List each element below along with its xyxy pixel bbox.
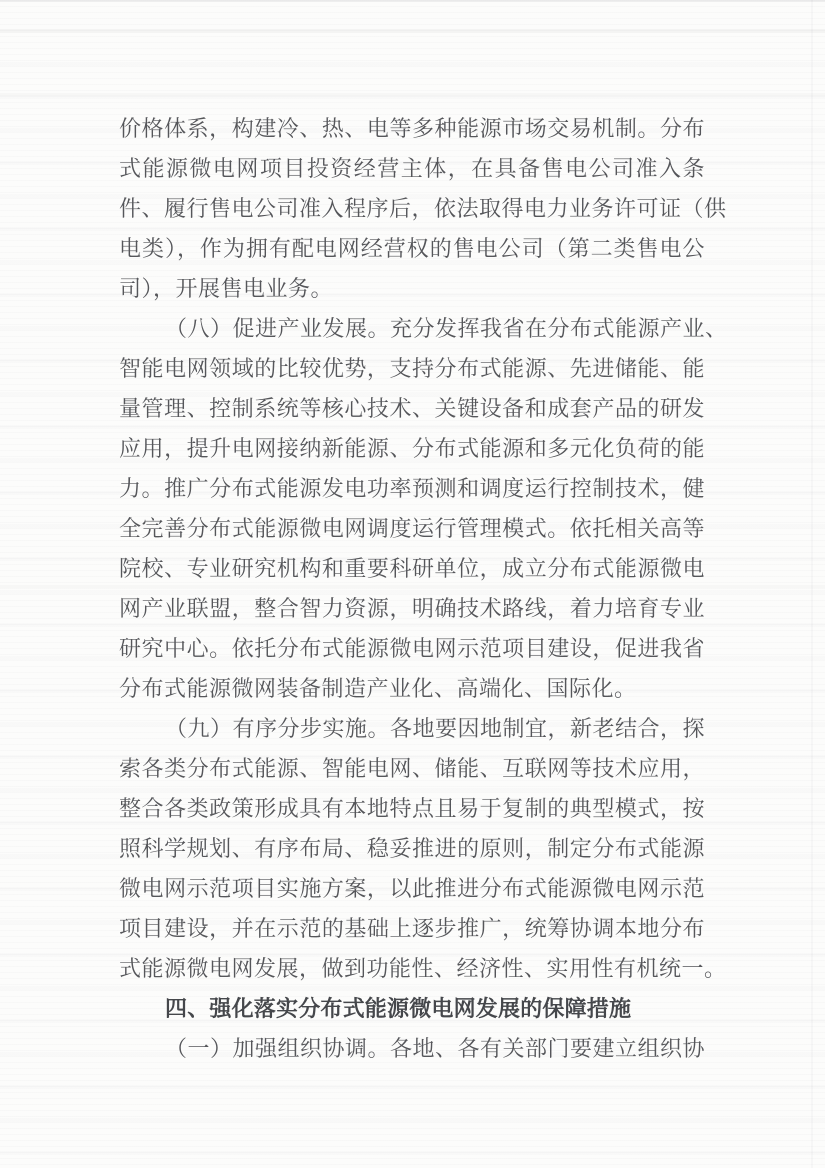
text-line: 照科学规划、有序布局、稳妥推进的原则，制定分布式能源 bbox=[119, 829, 705, 869]
text-line: 应用，提升电网接纳新能源、分布式能源和多元化负荷的能 bbox=[119, 429, 705, 469]
text-line: 分布式能源微网装备制造产业化、高端化、国际化。 bbox=[119, 669, 705, 709]
scan-artifact-band bbox=[0, 29, 825, 33]
text-line: 全完善分布式能源微电网调度运行管理模式。依托相关高等 bbox=[119, 509, 705, 549]
document-text: 价格体系，构建冷、热、电等多种能源市场交易机制。分布式能源微电网项目投资经营主体… bbox=[119, 109, 705, 1069]
text-line: 项目建设，并在示范的基础上逐步推广，统筹协调本地分布 bbox=[119, 909, 705, 949]
section-heading: 四、强化落实分布式能源微电网发展的保障措施 bbox=[119, 989, 705, 1029]
heading-line: 四、强化落实分布式能源微电网发展的保障措施 bbox=[119, 989, 705, 1029]
text-line: 量管理、控制系统等核心技术、关键设备和成套产品的研发 bbox=[119, 389, 705, 429]
text-line: 力。推广分布式能源发电功率预测和调度运行控制技术，健 bbox=[119, 469, 705, 509]
text-line: 研究中心。依托分布式能源微电网示范项目建设，促进我省 bbox=[119, 629, 705, 669]
text-line: 索各类分布式能源、智能电网、储能、互联网等技术应用， bbox=[119, 749, 705, 789]
text-line: 价格体系，构建冷、热、电等多种能源市场交易机制。分布 bbox=[119, 109, 705, 149]
text-line: 网产业联盟，整合智力资源，明确技术路线，着力培育专业 bbox=[119, 589, 705, 629]
text-line: 整合各类政策形成具有本地特点且易于复制的典型模式，按 bbox=[119, 789, 705, 829]
paragraph: （一）加强组织协调。各地、各有关部门要建立组织协 bbox=[119, 1029, 705, 1069]
text-line: 院校、专业研究机构和重要科研单位，成立分布式能源微电 bbox=[119, 549, 705, 589]
text-line: 智能电网领域的比较优势，支持分布式能源、先进储能、能 bbox=[119, 349, 705, 389]
text-line: 微电网示范项目实施方案，以此推进分布式能源微电网示范 bbox=[119, 869, 705, 909]
text-line: （九）有序分步实施。各地要因地制宜，新老结合，探 bbox=[119, 709, 705, 749]
scanned-document-page: { "page": { "background_color": "#fcfcfb… bbox=[0, 0, 825, 1168]
text-line: 式能源微电网项目投资经营主体，在具备售电公司准入条 bbox=[119, 149, 705, 189]
scan-artifact-top-edge bbox=[0, 0, 825, 2]
text-line: 电类），作为拥有配电网经营权的售电公司（第二类售电公 bbox=[119, 229, 705, 269]
text-line: 司），开展售电业务。 bbox=[119, 269, 705, 309]
scan-artifact-vertical-line bbox=[811, 0, 813, 1168]
text-line: 件、履行售电公司准入程序后，依法取得电力业务许可证（供 bbox=[119, 189, 705, 229]
paragraph: 价格体系，构建冷、热、电等多种能源市场交易机制。分布式能源微电网项目投资经营主体… bbox=[119, 109, 705, 309]
text-line: 式能源微电网发展，做到功能性、经济性、实用性有机统一。 bbox=[119, 949, 705, 989]
scan-artifact-band bbox=[0, 93, 825, 96]
text-line: （八）促进产业发展。充分发挥我省在分布式能源产业、 bbox=[119, 309, 705, 349]
paragraph: （九）有序分步实施。各地要因地制宜，新老结合，探索各类分布式能源、智能电网、储能… bbox=[119, 709, 705, 989]
paragraph: （八）促进产业发展。充分发挥我省在分布式能源产业、智能电网领域的比较优势，支持分… bbox=[119, 309, 705, 709]
text-line: （一）加强组织协调。各地、各有关部门要建立组织协 bbox=[119, 1029, 705, 1069]
